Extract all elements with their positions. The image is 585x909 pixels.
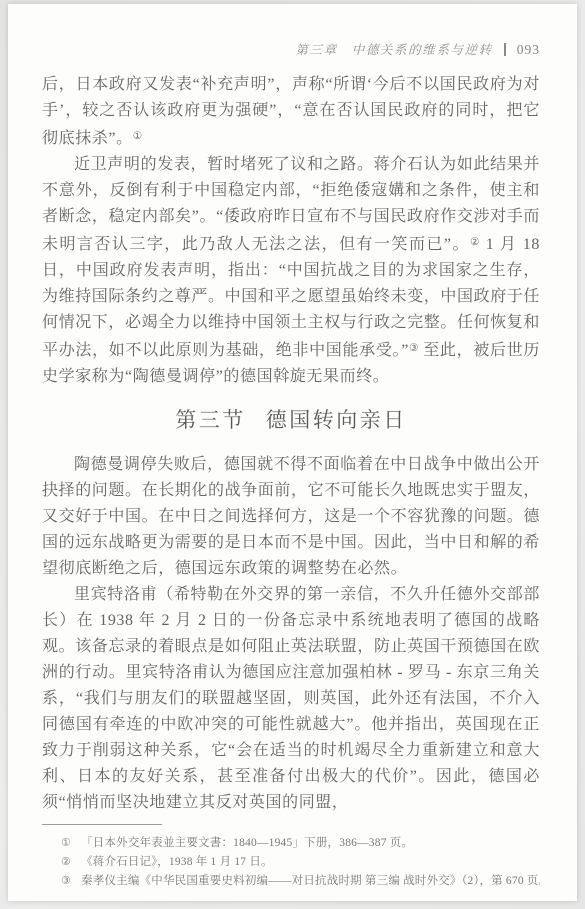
footnote-text: 《蒋介石日记》，1938 年 1 月 17 日。 xyxy=(81,856,273,868)
footnote-marker: ③ xyxy=(61,875,71,887)
footnote-text: 「日本外交年表並主要文書：1840—1945」下册，386—387 页。 xyxy=(81,837,413,849)
page-number: 093 xyxy=(517,42,540,57)
section-heading: 第三节德国转向亲日 xyxy=(42,404,540,434)
paragraph-text: 里宾特洛甫（希特勒在外交界的第一亲信，不久升任德外交部部长）在 1938 年 2… xyxy=(42,586,540,811)
footnote-item: ②《蒋介石日记》，1938 年 1 月 17 日。 xyxy=(61,853,540,872)
section-number: 第三节 xyxy=(175,408,246,432)
paragraph: 里宾特洛甫（希特勒在外交界的第一亲信，不久升任德外交部部长）在 1938 年 2… xyxy=(42,582,540,816)
footnote-item: ③秦孝仪主编《中华民国重要史料初编——对日抗战时期 第三编 战时外交》（2），第… xyxy=(61,872,540,891)
paragraph-text: 陶德曼调停失败后，德国就不得不面临着在中日战争中做出公开抉择的问题。在长期化的战… xyxy=(42,456,540,577)
paragraph: 陶德曼调停失败后，德国就不得不面临着在中日战争中做出公开抉择的问题。在长期化的战… xyxy=(42,452,540,582)
footnote-marker: ② xyxy=(470,237,480,248)
section-title: 德国转向亲日 xyxy=(266,408,407,432)
chapter-title: 中德关系的维系与逆转 xyxy=(352,43,493,57)
paragraph-text: 近卫声明的发表，暂时堵死了议和之路。蒋介石认为如此结果并不意外，反倒有利于中国稳… xyxy=(42,156,540,253)
paragraph-text: 后，日本政府又发表“补充声明”，声称“所谓‘今后不以国民政府为对手’，较之否认该… xyxy=(42,76,540,147)
book-page: 第三章中德关系的维系与逆转093 后，日本政府又发表“补充声明”，声称“所谓‘今… xyxy=(8,4,577,901)
page-header: 第三章中德关系的维系与逆转093 xyxy=(295,40,540,58)
footnote-marker: ① xyxy=(61,837,71,849)
scan-background: 第三章中德关系的维系与逆转093 后，日本政府又发表“补充声明”，声称“所谓‘今… xyxy=(0,0,585,909)
header-divider-bar xyxy=(504,43,506,56)
chapter-label: 第三章 xyxy=(295,43,337,57)
footnote-marker: ② xyxy=(61,856,71,868)
paragraph-text: 1 月 18 日，中国政府发表声明，指出：“中国抗战之目的为求国家之生存，为维持… xyxy=(42,236,540,359)
footnote-marker: ① xyxy=(133,131,142,142)
body-text: 后，日本政府又发表“补充声明”，声称“所谓‘今后不以国民政府为对手’，较之否认该… xyxy=(42,72,540,891)
footnote-item: ①「日本外交年表並主要文書：1840—1945」下册，386—387 页。 xyxy=(61,834,540,853)
paragraph: 近卫声明的发表，暂时堵死了议和之路。蒋介石认为如此结果并不意外，反倒有利于中国稳… xyxy=(42,152,540,390)
footnote-marker: ③ xyxy=(409,343,419,354)
footnote-text: 秦孝仪主编《中华民国重要史料初编——对日抗战时期 第三编 战时外交》（2），第 … xyxy=(81,875,540,887)
footnote-divider xyxy=(42,824,162,825)
footnotes: ①「日本外交年表並主要文書：1840—1945」下册，386—387 页。 ②《… xyxy=(42,834,540,891)
paragraph: 后，日本政府又发表“补充声明”，声称“所谓‘今后不以国民政府为对手’，较之否认该… xyxy=(42,72,540,152)
